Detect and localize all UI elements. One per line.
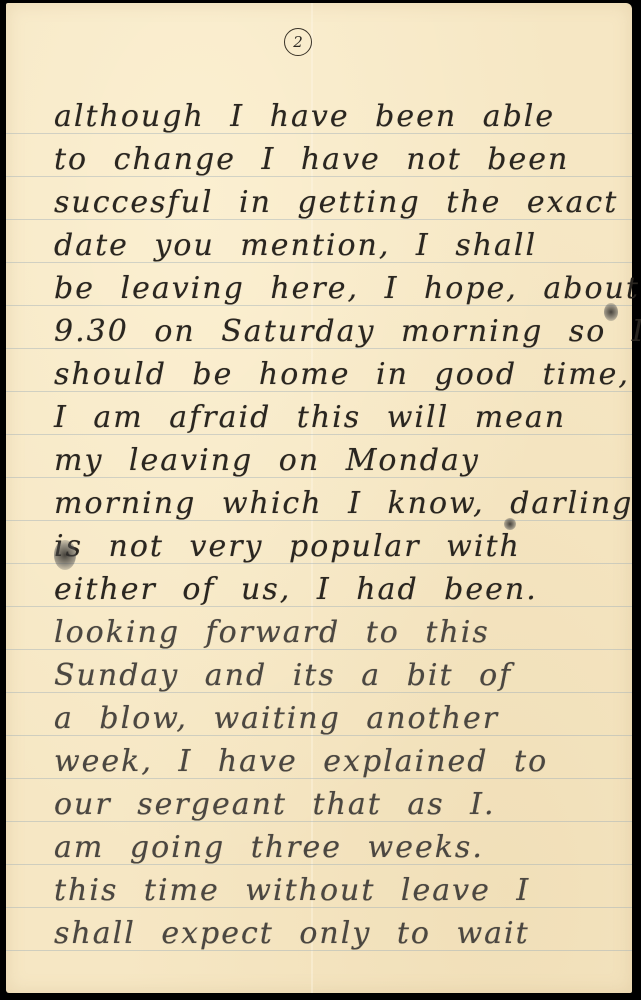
text-line: Sunday and its a bit of [54, 654, 618, 698]
text-line: 9.30 on Saturday morning so I. [54, 310, 618, 354]
text-line: looking forward to this [54, 611, 618, 655]
text-line: either of us, I had been. [54, 568, 618, 612]
text-line: I am afraid this will mean [54, 396, 618, 440]
text-line: shall expect only to wait [54, 912, 618, 956]
ink-blot [604, 303, 618, 321]
ink-blot [54, 540, 76, 570]
text-line: is not very popular with [54, 525, 618, 569]
text-line: morning which I know, darling [54, 482, 618, 526]
text-line: be leaving here, I hope, about [54, 267, 618, 311]
text-line: our sergeant that as I. [54, 783, 618, 827]
page-number: 2 [284, 28, 312, 56]
text-line: a blow, waiting another [54, 697, 618, 741]
text-line: my leaving on Monday [54, 439, 618, 483]
text-line: date you mention, I shall [54, 224, 618, 268]
text-line: week, I have explained to [54, 740, 618, 784]
ink-blot [504, 518, 516, 530]
letter-page: 2 although I have been able to change I … [6, 3, 632, 993]
text-line: should be home in good time, [54, 353, 618, 397]
text-line: am going three weeks. [54, 826, 618, 870]
text-line: succesful in getting the exact [54, 181, 618, 225]
text-line: to change I have not been [54, 138, 618, 182]
text-line: although I have been able [54, 95, 618, 139]
text-line: this time without leave I [54, 869, 618, 913]
